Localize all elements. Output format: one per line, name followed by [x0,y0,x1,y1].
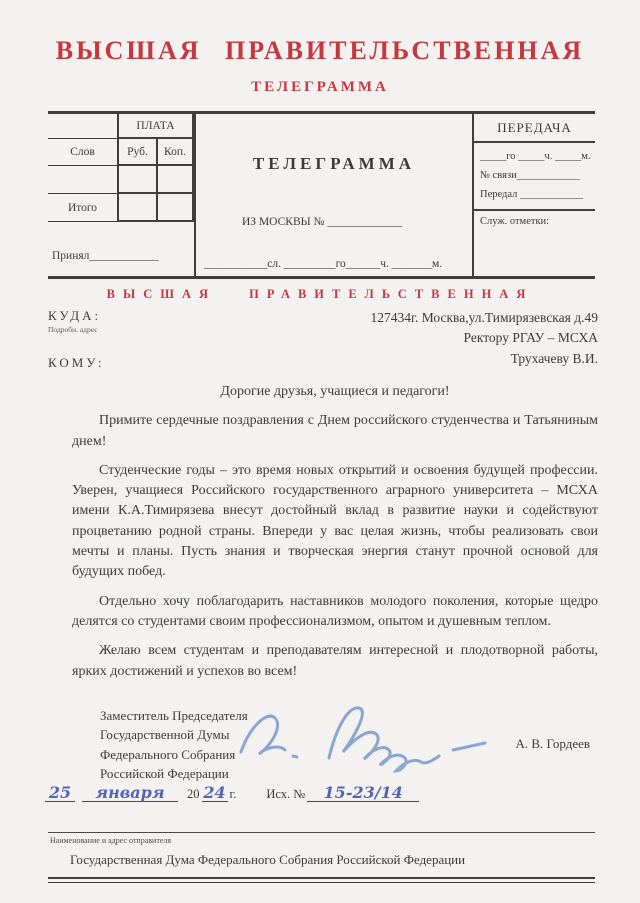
sub-title: ТЕЛЕГРАММА [0,79,640,96]
footer-double-rule [48,877,595,883]
address-line: 127434г. Москва,ул.Тимирязевская д.49 [208,308,598,328]
address-line: Ректору РГАУ – МСХА [208,328,598,348]
signature-position-line: Заместитель Председателя [100,706,330,726]
kuda-label: КУДА: [48,308,208,324]
payment-empty-cell [156,194,194,222]
payment-row-itogo: Итого [48,194,194,222]
payment-empty-cell [48,114,117,139]
from-moscow-line: ИЗ МОСКВЫ № _____________ [242,216,402,228]
address-labels: КУДА: Подробн. адрес КОМУ: [48,308,208,371]
sender-label: Наименование и адрес отправителя [48,836,595,845]
classification-line: ВЫСШАЯ ПРАВИТЕЛЬСТВЕННАЯ [0,287,640,302]
payment-empty-cell [117,194,156,222]
signature-position-line: Российской Федерации [100,764,330,784]
signatory-name: А. В. Гордеев [515,736,590,752]
recipient-address: 127434г. Москва,ул.Тимирязевская д.49 Ре… [208,308,598,371]
rub-label: Руб. [117,139,156,166]
telegram-sheet: ВЫСШАЯ ПРАВИТЕЛЬСТВЕННАЯ ТЕЛЕГРАММА ПЛАТ… [0,0,640,903]
paragraph: Студенческие годы – это время новых откр… [72,461,598,583]
address-block: КУДА: Подробн. адрес КОМУ: 127434г. Моск… [48,308,598,371]
payment-empty-cell [117,166,156,194]
signature-block: Заместитель Председателя Государственной… [48,706,598,802]
prinyal-line: Принял____________ [52,250,158,262]
kuda-sublabel: Подробн. адрес [48,325,208,334]
signature-position-line: Государственной Думы [100,725,330,745]
payment-row-headers: Слов Руб. Коп. [48,139,194,166]
plata-header: ПЛАТА [117,114,194,139]
komu-label: КОМУ: [48,355,208,371]
slov-label: Слов [48,139,117,166]
paragraph: Отдельно хочу поблагодарить наставников … [72,592,598,633]
payment-empty-cell [48,166,117,194]
payment-empty-cell [156,166,194,194]
salutation: Дорогие друзья, учащиеся и педагоги! [72,382,598,402]
itogo-label: Итого [48,194,117,222]
payment-row-empty [48,166,194,194]
transfer-title: ПЕРЕДАЧА [474,114,595,143]
payment-section: ПЛАТА Слов Руб. Коп. Итого Принял_______… [48,114,194,276]
payment-row-plata: ПЛАТА [48,114,194,139]
signatory-position: Заместитель Председателя Государственной… [100,706,330,784]
center-section: ТЕЛЕГРАММА ИЗ МОСКВЫ № _____________ ___… [194,114,472,276]
footer: Наименование и адрес отправителя Государ… [48,832,595,883]
signature-position-line: Федерального Собрания [100,745,330,765]
telegram-title: ТЕЛЕГРАММА [196,154,472,174]
svyaz-line: № связи____________ [474,170,595,181]
paragraph: Примите сердечные поздравления с Днем ро… [72,411,598,452]
paragraph: Желаю всем студентам и преподавателям ин… [72,641,598,682]
main-title: ВЫСШАЯ ПРАВИТЕЛЬСТВЕННАЯ [0,0,640,66]
kop-label: Коп. [156,139,194,166]
service-count-line: ___________сл. _________го______ч. _____… [204,258,466,270]
sluzh-label: Служ. отметки: [474,209,595,227]
telegram-form: ПЛАТА Слов Руб. Коп. Итого Принял_______… [48,111,595,279]
peredal-line: Передал ____________ [474,189,595,200]
address-line: Трухачеву В.И. [208,349,598,369]
message-body: Дорогие друзья, учащиеся и педагоги! При… [72,382,598,682]
transfer-time-line: _____го _____ч. _____м. [474,151,595,162]
transfer-section: ПЕРЕДАЧА _____го _____ч. _____м. № связи… [472,114,595,276]
sender-name: Государственная Дума Федерального Собран… [48,852,595,868]
